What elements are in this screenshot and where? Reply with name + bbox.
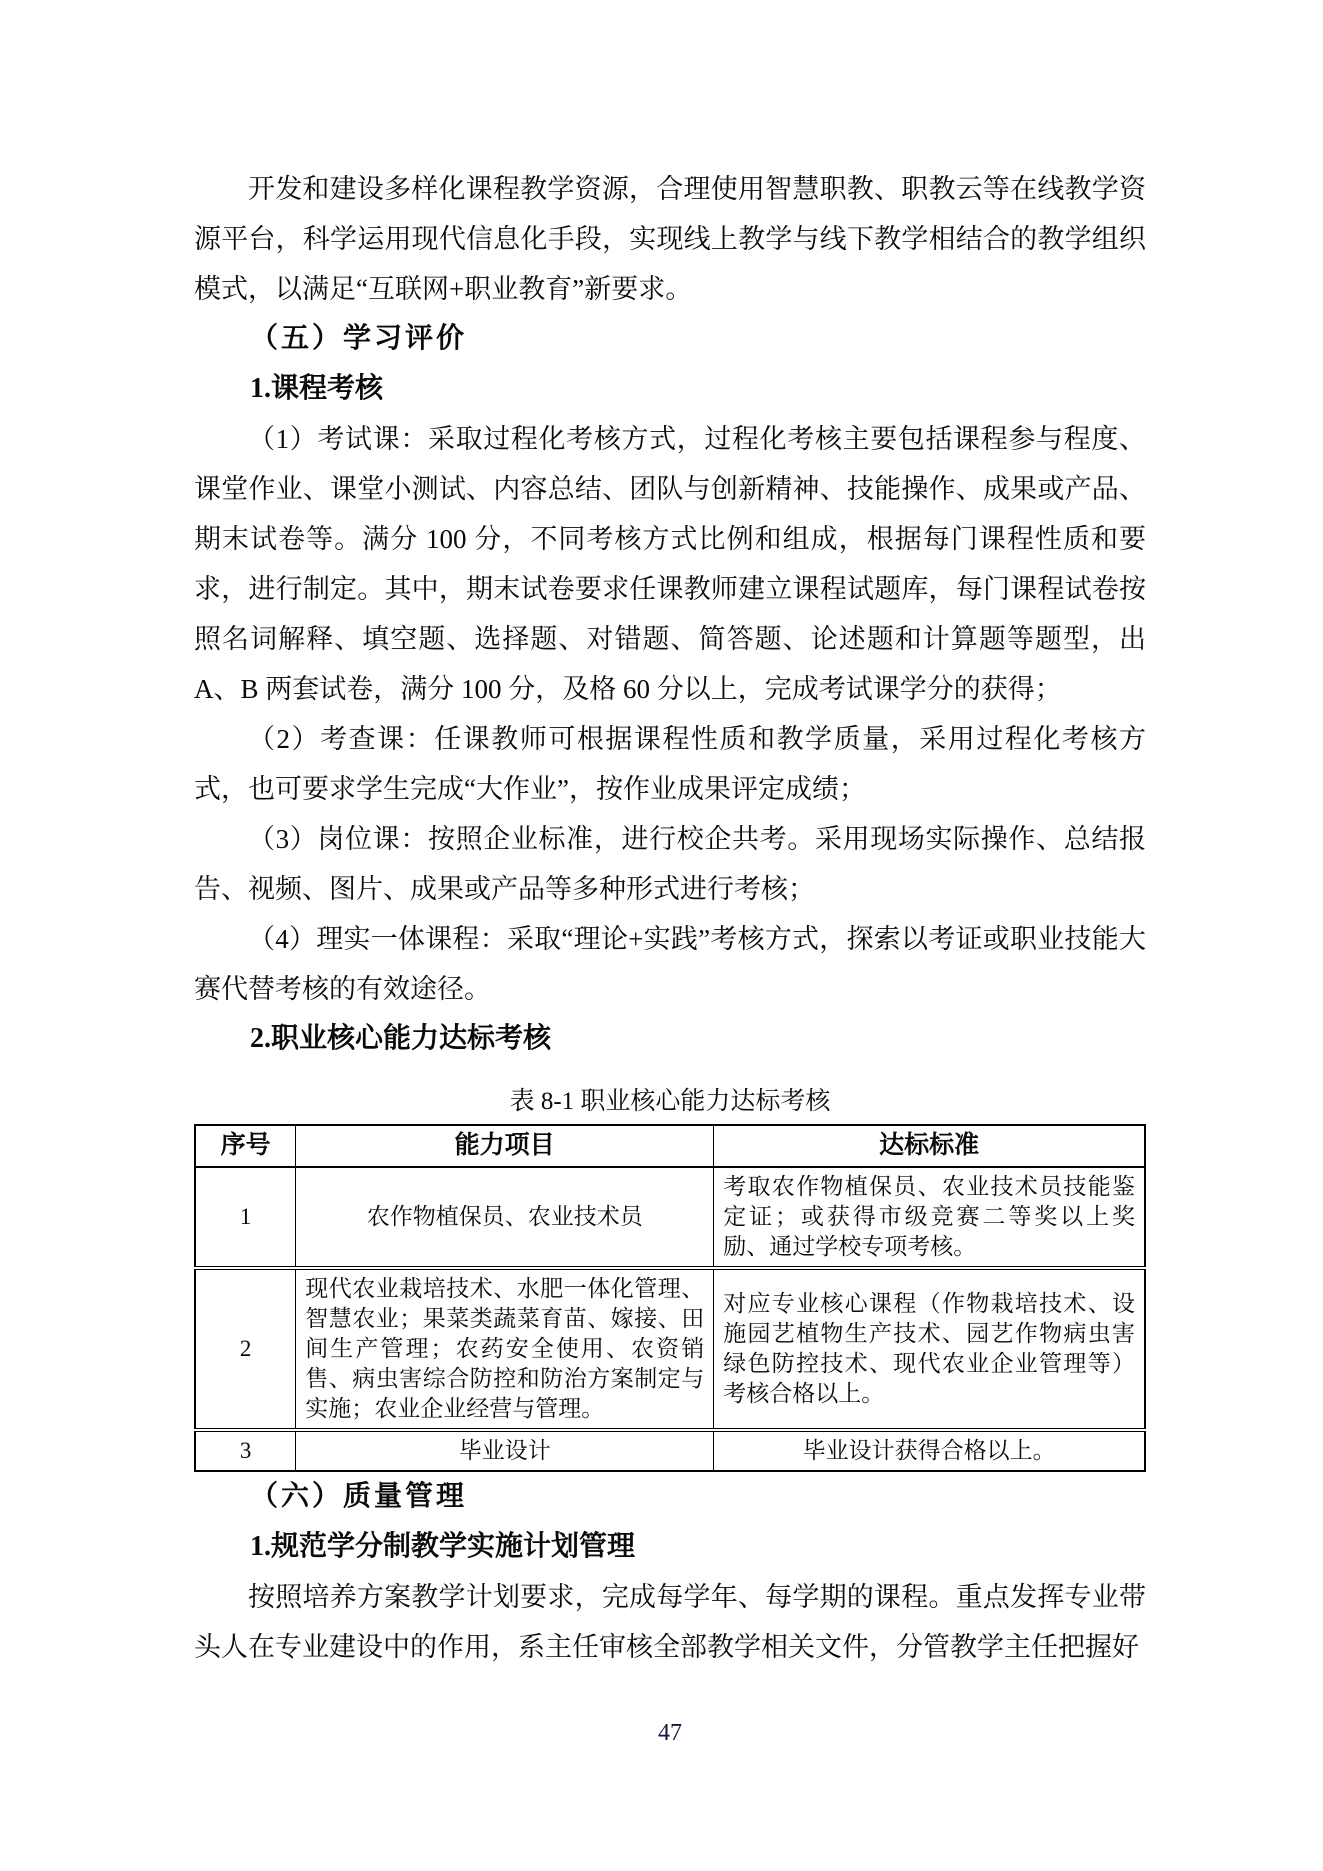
subsection-heading-core-ability: 2.职业核心能力达标考核 (194, 1014, 1146, 1064)
core-ability-assessment-table: 序号 能力项目 达标标准 1 农作物植保员、农业技术员 考取农作物植保员、农业技… (194, 1124, 1146, 1472)
header-cell-ability: 能力项目 (296, 1125, 714, 1167)
paragraph-online-resources: 开发和建设多样化课程教学资源，合理使用智慧职教、职教云等在线教学资源平台，科学运… (194, 164, 1146, 314)
table-caption: 表 8-1 职业核心能力达标考核 (194, 1080, 1146, 1124)
section-heading-quality-management: （六）质量管理 (194, 1472, 1146, 1522)
table-row: 2 现代农业栽培技术、水肥一体化管理、智慧农业；果菜类蔬菜育苗、嫁接、田间生产管… (195, 1268, 1145, 1430)
cell-row2-index: 2 (195, 1268, 296, 1430)
table-row: 3 毕业设计 毕业设计获得合格以上。 (195, 1430, 1145, 1471)
table-row: 1 农作物植保员、农业技术员 考取农作物植保员、农业技术员技能鉴定证；或获得市级… (195, 1167, 1145, 1268)
cell-row1-standard: 考取农作物植保员、农业技术员技能鉴定证；或获得市级竞赛二等奖以上奖励、通过学校专… (714, 1167, 1145, 1268)
table-header-row: 序号 能力项目 达标标准 (195, 1125, 1145, 1167)
paragraph-check-course: （2）考查课：任课教师可根据课程性质和教学质量，采用过程化考核方式，也可要求学生… (194, 714, 1146, 814)
cell-row3-index: 3 (195, 1430, 296, 1471)
cell-row2-ability: 现代农业栽培技术、水肥一体化管理、智慧农业；果菜类蔬菜育苗、嫁接、田间生产管理；… (296, 1268, 714, 1430)
document-page: 开发和建设多样化课程教学资源，合理使用智慧职教、职教云等在线教学资源平台，科学运… (0, 0, 1323, 1871)
subsection-heading-course-assessment: 1.课程考核 (194, 364, 1146, 414)
document-content: 开发和建设多样化课程教学资源，合理使用智慧职教、职教云等在线教学资源平台，科学运… (194, 164, 1146, 1672)
page-number: 47 (194, 1720, 1146, 1747)
paragraph-exam-course: （1）考试课：采取过程化考核方式，过程化考核主要包括课程参与程度、课堂作业、课堂… (194, 414, 1146, 714)
header-cell-index: 序号 (195, 1125, 296, 1167)
paragraph-quality-management: 按照培养方案教学计划要求，完成每学年、每学期的课程。重点发挥专业带头人在专业建设… (194, 1572, 1146, 1672)
cell-row1-ability: 农作物植保员、农业技术员 (296, 1167, 714, 1268)
paragraph-theory-practice-course: （4）理实一体课程：采取“理论+实践”考核方式，探索以考证或职业技能大赛代替考核… (194, 914, 1146, 1014)
cell-row2-standard: 对应专业核心课程（作物栽培技术、设施园艺植物生产技术、园艺作物病虫害绿色防控技术… (714, 1268, 1145, 1430)
header-cell-standard: 达标标准 (714, 1125, 1145, 1167)
cell-row3-ability: 毕业设计 (296, 1430, 714, 1471)
section-heading-learning-evaluation: （五）学习评价 (194, 314, 1146, 364)
cell-row1-index: 1 (195, 1167, 296, 1268)
cell-row3-standard: 毕业设计获得合格以上。 (714, 1430, 1145, 1471)
paragraph-post-course: （3）岗位课：按照企业标准，进行校企共考。采用现场实际操作、总结报告、视频、图片… (194, 814, 1146, 914)
subsection-heading-credit-plan: 1.规范学分制教学实施计划管理 (194, 1522, 1146, 1572)
